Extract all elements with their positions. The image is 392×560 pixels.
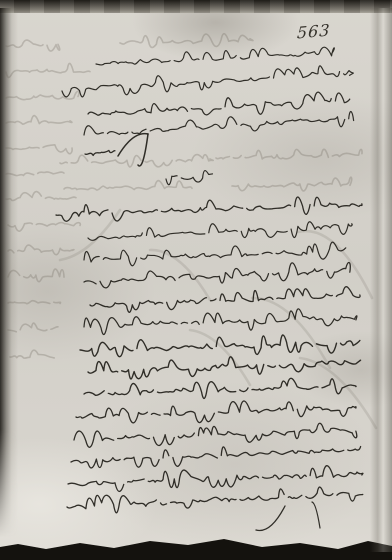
page-right-edge — [370, 8, 392, 552]
page-binding-edge — [0, 8, 18, 548]
paper-page — [0, 0, 392, 560]
page-number: 563 — [297, 20, 331, 42]
scan-top-edge — [0, 0, 392, 13]
manuscript-scan: 563 — [0, 0, 392, 560]
